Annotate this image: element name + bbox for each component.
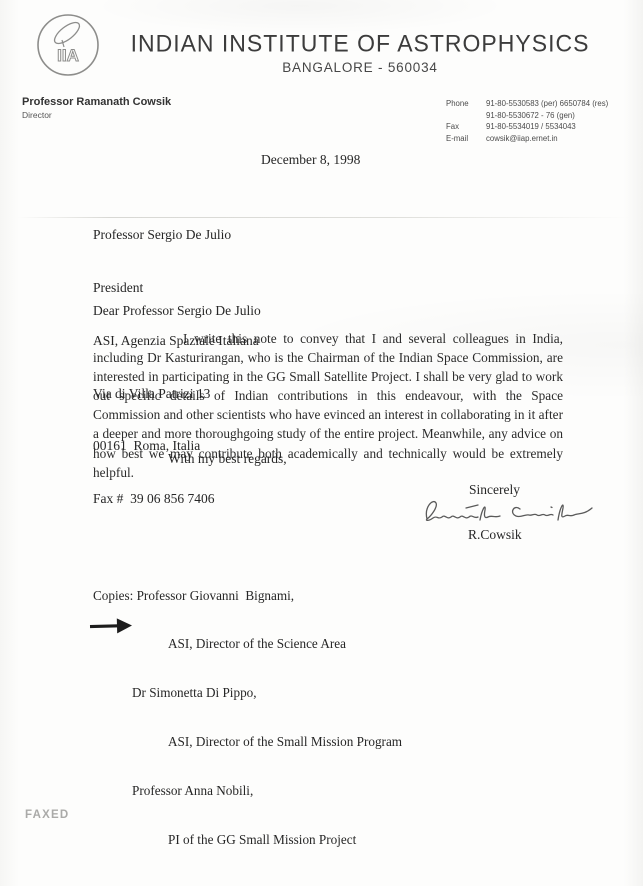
closing-line: With my best regards, xyxy=(168,451,287,467)
copies-entry-role: ASI, Director of the Science Area xyxy=(93,636,402,652)
scanned-letter-page: IIA INDIAN INSTITUTE OF ASTROPHYSICS BAN… xyxy=(0,0,643,886)
institute-name: INDIAN INSTITUTE OF ASTROPHYSICS xyxy=(0,29,643,57)
contact-block: Phone 91-80-5530583 (per) 6650784 (res) … xyxy=(446,99,608,143)
fax-value: 91-80-5534019 / 5534043 xyxy=(486,122,608,131)
copies-entry-name: Dr Simonetta Di Pippo, xyxy=(93,685,402,701)
letter-date: December 8, 1998 xyxy=(261,152,360,168)
copies-label: Copies: xyxy=(93,588,133,603)
phone-line-2: 91-80-5530672 - 76 (gen) xyxy=(486,111,608,120)
hand-drawn-arrow-icon xyxy=(88,614,135,637)
phone-label-spacer xyxy=(446,111,482,120)
copies-entry-name: Copies: Professor Giovanni Bignami, xyxy=(93,588,402,604)
letterhead: INDIAN INSTITUTE OF ASTROPHYSICS BANGALO… xyxy=(0,30,643,75)
copies-block: Copies: Professor Giovanni Bignami, ASI,… xyxy=(93,555,402,881)
signature-stroke-icon xyxy=(420,494,600,530)
salutation: Dear Professor Sergio De Julio xyxy=(93,303,261,319)
phone-line-1: 91-80-5530583 (per) 6650784 (res) xyxy=(486,99,608,108)
faxed-stamp: FAXED xyxy=(25,809,69,821)
email-label: E-mail xyxy=(446,134,482,143)
sender-block: Professor Ramanath Cowsik Director xyxy=(22,96,171,120)
copies-entry-name: Professor Anna Nobili, xyxy=(93,783,402,799)
letter-body: I write this note to convey that I and s… xyxy=(93,329,563,482)
sender-name: Professor Ramanath Cowsik xyxy=(22,96,171,108)
signature-name: R.Cowsik xyxy=(468,527,522,543)
email-value: cowsik@iiap.ernet.in xyxy=(486,134,608,143)
recipient-name: Professor Sergio De Julio xyxy=(93,226,259,244)
phone-label: Phone xyxy=(446,99,482,108)
fax-label: Fax xyxy=(446,122,482,131)
sender-title: Director xyxy=(22,110,171,120)
institute-city: BANGALORE - 560034 xyxy=(0,60,643,75)
copies-entry-role: PI of the GG Small Mission Project xyxy=(93,832,402,848)
recipient-title: President xyxy=(93,279,259,297)
copies-entry-role: ASI, Director of the Small Mission Progr… xyxy=(93,734,402,750)
recipient-fax: Fax # 39 06 856 7406 xyxy=(93,490,259,508)
